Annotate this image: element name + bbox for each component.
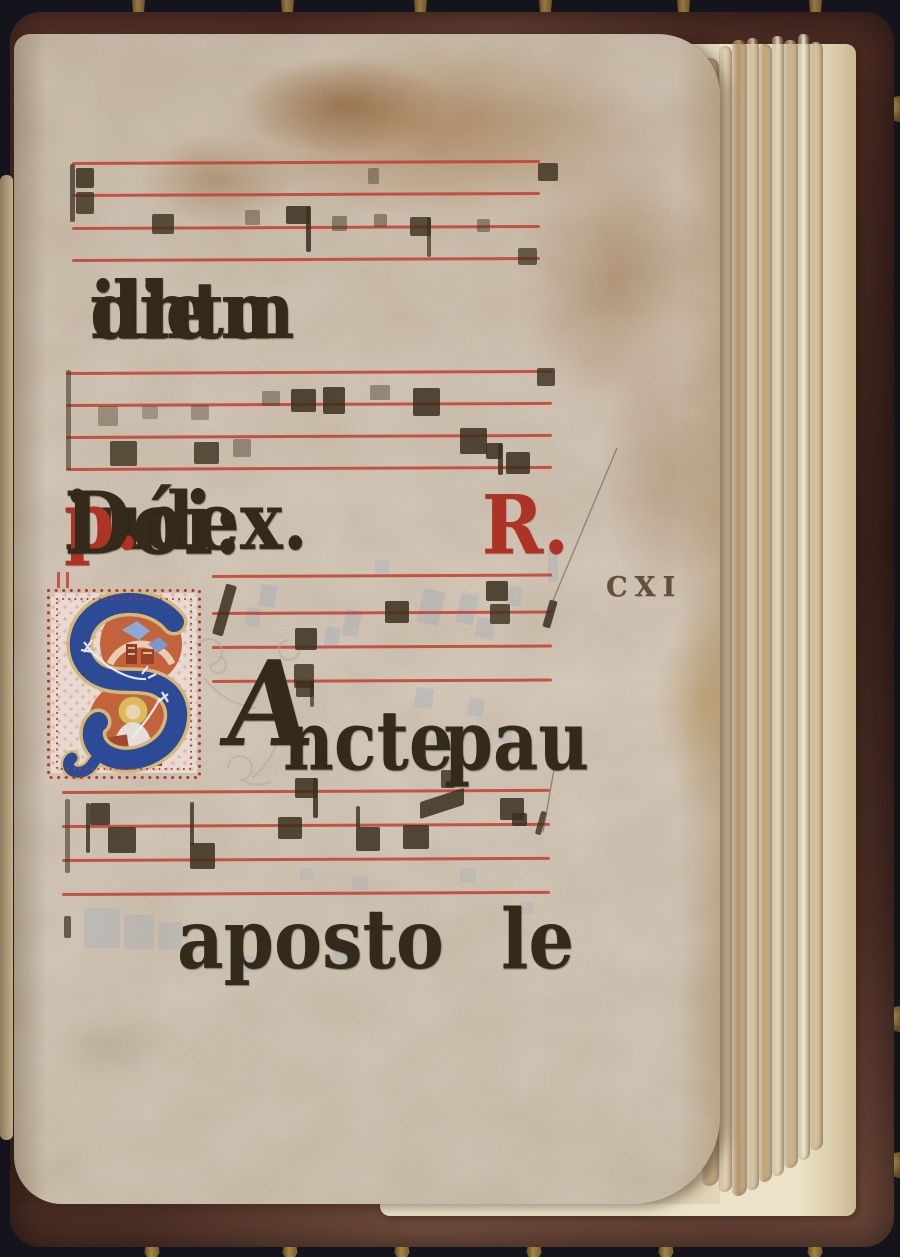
manuscript-photo-scene: illum die untu iudex. p. Dói: R. CXI A n… bbox=[0, 0, 900, 1257]
red-pen-tick bbox=[57, 572, 60, 588]
red-pen-ticks bbox=[0, 0, 900, 1257]
red-pen-tick bbox=[66, 572, 69, 588]
page-content-layer: illum die untu iudex. p. Dói: R. CXI A n… bbox=[0, 0, 900, 1257]
